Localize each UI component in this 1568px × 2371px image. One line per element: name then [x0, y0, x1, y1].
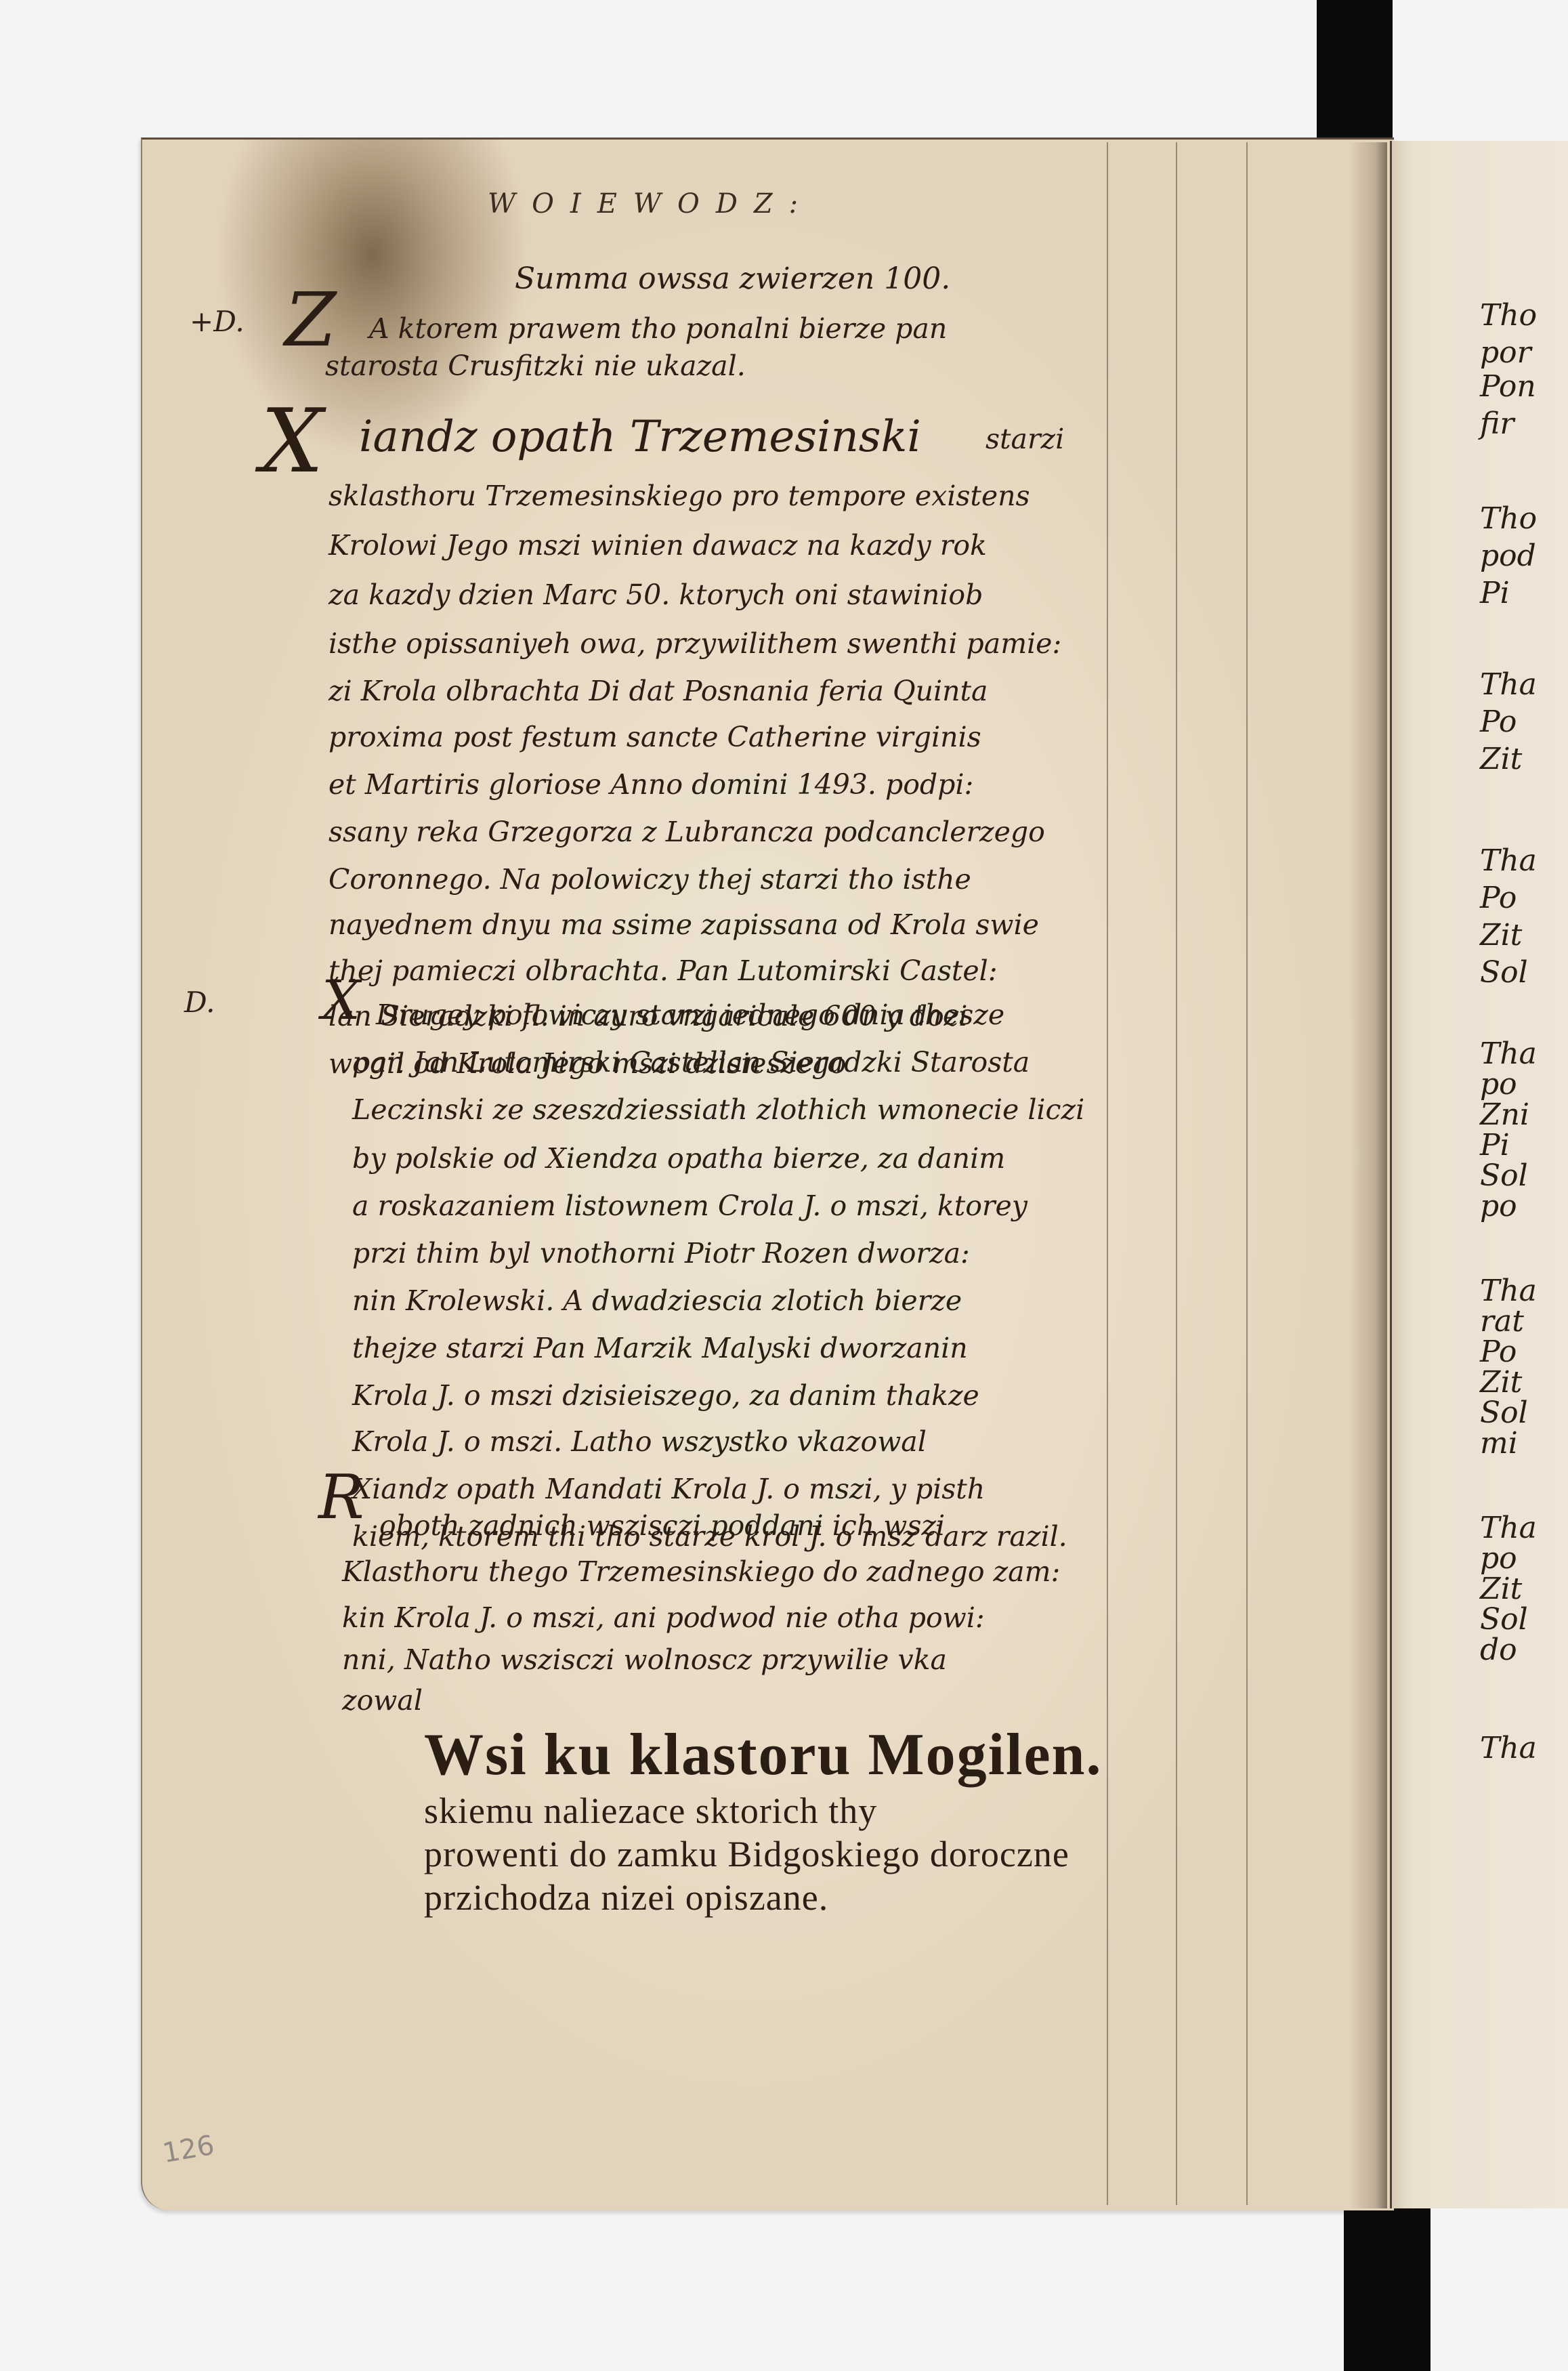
- text-line: a roskazaniem listownem Crola J. o mszi,…: [352, 1192, 1027, 1220]
- facing-fragment: Tha: [1480, 1274, 1537, 1308]
- text-line: by polskie od Xiendza opatha bierze, za …: [352, 1145, 1005, 1173]
- text-line: thejze starzi Pan Marzik Malyski dworzan…: [352, 1335, 968, 1362]
- paragraph-title: iandz opath Trzemesinski: [359, 412, 921, 462]
- text-line: starzi: [986, 425, 1064, 453]
- facing-fragment: fir: [1480, 406, 1514, 441]
- ruled-line-3: [1246, 142, 1248, 2205]
- text-line: pan Jan Lutomirski Castellan Sieradzki S…: [352, 1049, 1030, 1076]
- summa-line: Summa owssa zwierzen 100.: [515, 264, 950, 294]
- text-line: zi Krola olbrachta Di dat Posnania feria…: [329, 677, 988, 705]
- facing-fragment: Zit: [1480, 1365, 1522, 1400]
- facing-fragment: po: [1480, 1189, 1517, 1223]
- facing-fragment: rat: [1480, 1304, 1524, 1339]
- text-line: Krola J. o mszi. Latho wszystko vkazowal: [352, 1428, 927, 1456]
- manuscript-page-right: [1390, 141, 1568, 2208]
- binding-strip-top: [1317, 0, 1393, 144]
- facing-fragment: Po: [1480, 705, 1517, 739]
- text-line: proxima post festum sancte Catherine vir…: [329, 723, 981, 751]
- facing-fragment: pod: [1480, 539, 1536, 573]
- facing-fragment: po: [1480, 1541, 1517, 1576]
- text-line: A ktorem prawem tho ponalni bierze pan: [369, 315, 947, 343]
- text-line: kin Krola J. o mszi, ani podwod nie otha…: [342, 1604, 985, 1632]
- text-line: Drugey polowiczy starzi iednego dnia the…: [376, 1001, 1004, 1029]
- section-title: Wsi ku klastoru Mogilen. skiemu naliezac…: [424, 1721, 1102, 1919]
- facing-fragment: do: [1480, 1633, 1517, 1667]
- initial-r: R: [318, 1462, 364, 1533]
- text-line: zowal: [342, 1687, 423, 1715]
- text-line: sklasthoru Trzemesinskiego pro tempore e…: [329, 482, 1030, 510]
- section-title-line-2: skiemu naliezace sktorich thy: [424, 1789, 1102, 1832]
- facing-fragment: Tha: [1480, 1036, 1537, 1071]
- facing-fragment: Tha: [1480, 843, 1537, 878]
- facing-fragment: Po: [1480, 1335, 1517, 1369]
- binding-strip-bottom: [1344, 2207, 1431, 2371]
- facing-fragment: Tha: [1480, 1731, 1537, 1765]
- facing-fragment: Tho: [1480, 501, 1537, 536]
- text-line: Xiandz opath Mandati Krola J. o mszi, y …: [352, 1475, 985, 1503]
- text-line: ssany reka Grzegorza z Lubrancza podcanc…: [329, 818, 1045, 846]
- facing-fragment: Pi: [1480, 1128, 1510, 1162]
- text-line: przi thim byl vnothorni Piotr Rozen dwor…: [352, 1240, 970, 1267]
- text-line: et Martiris gloriose Anno domini 1493. p…: [329, 771, 973, 799]
- facing-fragment: Pi: [1480, 576, 1510, 610]
- text-line: oboth zadnich wszisczi poddani ich wszi: [379, 1512, 945, 1540]
- facing-fragment: Zit: [1480, 1572, 1522, 1606]
- facing-fragment: Zni: [1480, 1097, 1529, 1132]
- section-title-line-1: Wsi ku klastoru Mogilen.: [424, 1721, 1102, 1789]
- text-line: nayednem dnyu ma ssime zapissana od Krol…: [329, 911, 1039, 939]
- facing-fragment: Sol: [1480, 1396, 1528, 1430]
- text-line: Coronnego. Na polowiczy thej starzi tho …: [329, 866, 971, 894]
- section-title-line-3: prowenti do zamku Bidgoskiego doroczne: [424, 1832, 1102, 1876]
- facing-fragment: Zit: [1480, 918, 1522, 952]
- ruled-line-2: [1176, 142, 1177, 2205]
- text-line: Krolowi Jego mszi winien dawacz na kazdy…: [329, 532, 987, 560]
- facing-fragment: Zit: [1480, 742, 1522, 776]
- facing-fragment: Tho: [1480, 298, 1537, 333]
- facing-fragment: Sol: [1480, 1602, 1528, 1637]
- facing-fragment: mi: [1480, 1426, 1518, 1461]
- facing-fragment: Po: [1480, 881, 1517, 915]
- text-line: isthe opissaniyeh owa, przywilithem swen…: [329, 630, 1061, 658]
- text-line: nni, Natho wszisczi wolnoscz przywilie v…: [342, 1646, 947, 1674]
- text-line: Klasthoru thego Trzemesinskiego do zadne…: [342, 1558, 1060, 1586]
- text-line: za kazdy dzien Marc 50. ktorych oni staw…: [329, 581, 983, 609]
- text-line: thej pamieczi olbrachta. Pan Lutomirski …: [329, 957, 998, 985]
- text-line: Krola J. o mszi dzisieiszego, za danim t…: [352, 1382, 979, 1410]
- margin-note-plus-d: +D.: [190, 305, 245, 338]
- initial-x-drugey: X: [322, 969, 360, 1032]
- running-head: WOIEWODZ:: [488, 188, 814, 219]
- margin-note-d: D.: [184, 986, 215, 1019]
- facing-fragment: Sol: [1480, 955, 1528, 990]
- text-line: Leczinski ze szeszdziessiath zlothich wm…: [352, 1096, 1084, 1124]
- facing-fragment: por: [1480, 335, 1531, 370]
- facing-fragment: Pon: [1480, 369, 1536, 404]
- text-line: starosta Crusfitzki nie ukazal.: [325, 352, 746, 380]
- initial-x: X: [261, 390, 324, 492]
- facing-fragment: po: [1480, 1067, 1517, 1101]
- ruled-line-1: [1107, 142, 1108, 2205]
- facing-fragment: Tha: [1480, 667, 1537, 702]
- text-line: nin Krolewski. A dwadziescia zlotich bie…: [352, 1287, 962, 1315]
- facing-fragment: Sol: [1480, 1158, 1528, 1193]
- section-title-line-4: przichodza nizei opiszane.: [424, 1876, 1102, 1919]
- facing-fragment: Tha: [1480, 1511, 1537, 1545]
- gutter-shadow: [1349, 142, 1387, 2208]
